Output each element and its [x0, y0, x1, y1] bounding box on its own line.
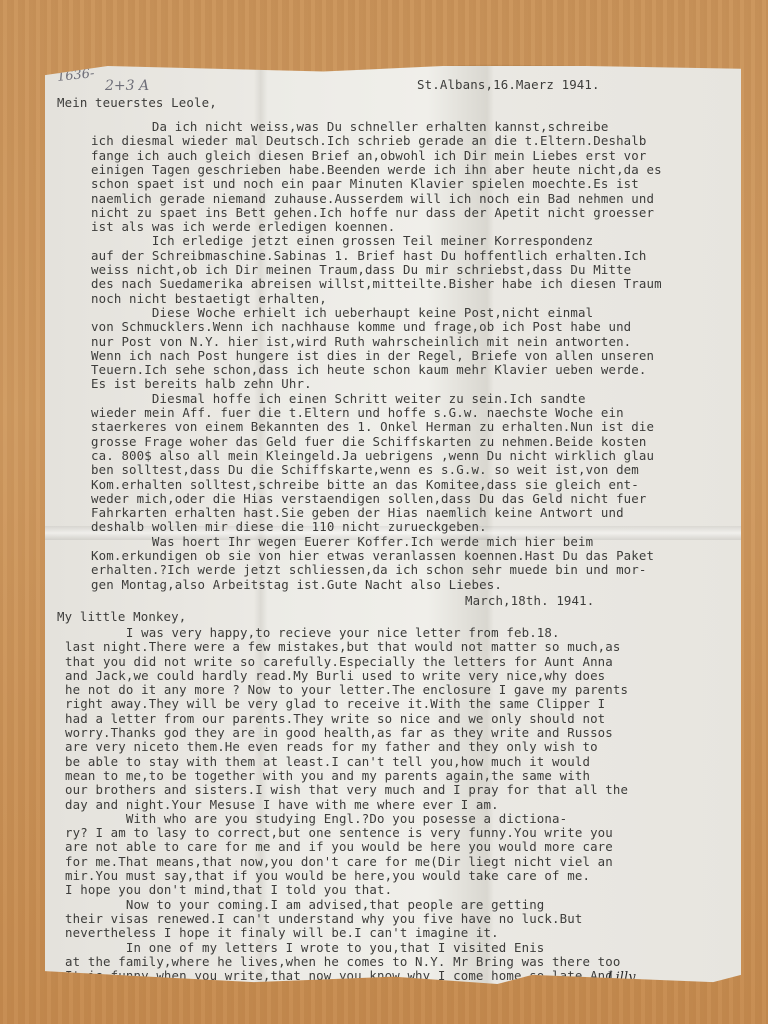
letter-line: noch nicht bestaetigt erhalten, [91, 292, 327, 306]
letter-line: fange ich auch gleich diesen Brief an,ob… [91, 149, 647, 163]
letter-line: worry.Thanks god they are in good health… [65, 726, 613, 740]
letter-line: Teuern.Ich sehe schon,dass ich heute sch… [91, 363, 647, 377]
letter-line: ich diesmal wieder mal Deutsch.Ich schri… [91, 134, 647, 148]
letter-line: einigen Tagen geschrieben habe.Beenden w… [91, 163, 662, 177]
letter-line: ry? I am to lasy to correct,but one sent… [65, 826, 613, 840]
letter-line: With who are you studying Engl.?Do you p… [65, 812, 567, 826]
letter-line: right away.They will be very glad to rec… [65, 697, 605, 711]
letter-line: Kom.erkundigen ob sie von hier etwas ver… [91, 549, 654, 563]
letter-line: Da ich nicht weiss,was Du schneller erha… [91, 120, 608, 134]
letter-line: wieder mein Aff. fuer die t.Eltern und h… [91, 406, 624, 420]
letter-line: grosse Frage woher das Geld fuer die Sch… [91, 435, 647, 449]
letter-line: that you did not write so carefully.Espe… [65, 655, 613, 669]
letter-line: ist als was ich werde erledigen koennen. [91, 220, 395, 234]
letter-line: ca. 800$ also all mein Kleingeld.Ja uebr… [91, 449, 654, 463]
letter-line: at the family,where he lives,when he com… [65, 955, 621, 969]
letter-line: deshalb wollen mir diese die 110 nicht z… [91, 520, 487, 534]
letter-line: Diesmal hoffe ich einen Schritt weiter z… [91, 392, 586, 406]
letter-line: In one of my letters I wrote to you,that… [65, 941, 544, 955]
english-salutation: My little Monkey, [57, 610, 186, 624]
letter-line: are not able to care for me and if you w… [65, 840, 613, 854]
letter-line: Now to your coming.I am advised,that peo… [65, 898, 544, 912]
letter-line: weder mich,oder die Hias verstaendigen s… [91, 492, 647, 506]
letter-line: Was hoert Ihr wegen Euerer Koffer.Ich we… [91, 535, 593, 549]
letter-line: mean to me,to be together with you and m… [65, 769, 590, 783]
letter-line: Es ist bereits halb zehn Uhr. [91, 377, 312, 391]
letter-line: Diese Woche erhielt ich ueberhaupt keine… [91, 306, 593, 320]
letter-line: day and night.Your Mesuse I have with me… [65, 798, 499, 812]
letter-line: Kom.erhalten solltest,schreibe bitte an … [91, 478, 639, 492]
letter-line: Wenn ich nach Post hungere ist dies in d… [91, 349, 654, 363]
letter-line: ben solltest,dass Du die Schiffskarte,we… [91, 463, 639, 477]
letter-paper: 1636- 2+3 A St.Albans,16.Maerz 1941. Mei… [45, 66, 741, 984]
letter-line: their visas renewed.I can't understand w… [65, 912, 582, 926]
letter-line: von Schmucklers.Wenn ich nachhause komme… [91, 320, 631, 334]
letter-line: nicht zu spaet ins Bett gehen.Ich hoffe … [91, 206, 654, 220]
letter-line: naemlich gerade niemand zuhause.Ausserde… [91, 192, 654, 206]
letter-line: be able to stay with them at least.I can… [65, 755, 590, 769]
letter-line: I visite Uncle Herman.Concerning your do… [65, 998, 598, 1012]
letter-line: Fahrkarten erhalten hast.Sie geben der H… [91, 506, 624, 520]
english-date: March,18th. 1941. [465, 594, 594, 608]
letter-line: nevertheless I hope it finaly will be.I … [65, 926, 499, 940]
handwritten-signature: Lilly [607, 970, 635, 985]
letter-line: Ich erledige jetzt einen grossen Teil me… [91, 234, 593, 248]
letter-line: staerkeres von einem Bekannten des 1. On… [91, 420, 654, 434]
letter-line: nur Post von N.Y. hier ist,wird Ruth wah… [91, 335, 631, 349]
letter-line: erhalten.?Ich werde jetzt schliessen,da … [91, 563, 647, 577]
letter-line: auf der Schreibmaschine.Sabinas 1. Brief… [91, 249, 647, 263]
letter-line: I am such a good girlie.I only come home… [65, 983, 621, 997]
letter-line: our brothers and sisters.I wish that ver… [65, 783, 628, 797]
german-salutation: Mein teuerstes Leole, [57, 96, 217, 110]
letter-line: and Jack,we could hardly read.My Burli u… [65, 669, 605, 683]
place-date: St.Albans,16.Maerz 1941. [417, 78, 600, 92]
letter-line: last night.There were a few mistakes,but… [65, 640, 621, 654]
letter-line: are very niceto them.He even reads for m… [65, 740, 598, 754]
letter-line: schon spaet ist und noch ein paar Minute… [91, 177, 639, 191]
letter-line: I hope you don't mind,that I told you th… [65, 883, 392, 897]
letter-line: weiss nicht,ob ich Dir meinen Traum,dass… [91, 263, 631, 277]
letter-line: mir.You must say,that if you would be he… [65, 869, 590, 883]
letter-line: des nach Suedamerika abreisen willst,mit… [91, 277, 662, 291]
letter-line: It is funny,when you write,that now you … [65, 969, 613, 983]
typewritten-text: St.Albans,16.Maerz 1941. Mein teuerstes … [45, 66, 741, 984]
letter-line: for me.That means,that now,you don't car… [65, 855, 613, 869]
letter-line: he not do it any more ? Now to your lett… [65, 683, 628, 697]
letter-line: gen Montag,also Arbeitstag ist.Gute Nach… [91, 578, 502, 592]
letter-line: had a letter from our parents.They write… [65, 712, 605, 726]
letter-line: I was very happy,to recieve your nice le… [65, 626, 560, 640]
letter-line: order [65, 1012, 103, 1024]
